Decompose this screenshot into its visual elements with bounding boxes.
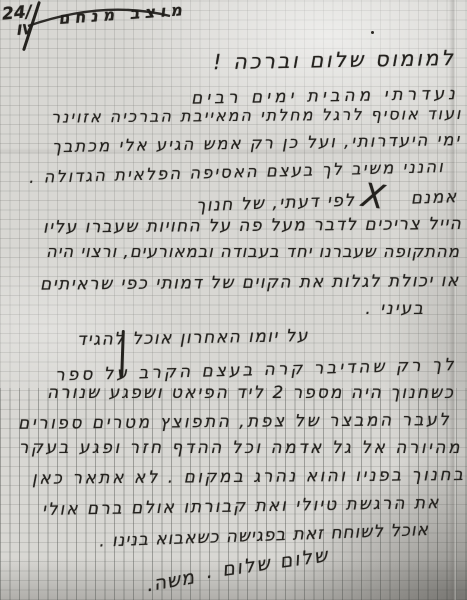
body-line: או יכולת לגלות את הקוים של דמותי כפי שרא… [40,271,460,295]
letter-scan: 24/ IV מוצב מנחם למומוס שלום וברכה ! נעד… [0,0,467,600]
body-line: לעבר המבצר של צפת, התפוצץ מטרים ספורים [18,410,451,434]
body-line: בעיני . [365,299,425,319]
body-line: מהתקופה שעברנו יחד בעבודה ובמאורעים, ורצ… [46,242,460,261]
flourish-stroke [22,4,172,32]
body-line: הייל צריכים לדבר מעל פה על החויות שעברו … [43,214,463,238]
body-line: ועוד אוסיף לרגל מחלתי המאייבת הברכיה אזו… [51,104,462,127]
greeting-line: למומוס שלום וברכה ! [212,46,455,74]
body-line: על יומו האחרון אוכל להגיד [77,326,309,350]
body-line: כשחנוך היה מספר 2 ליד הפיאט ושפגע שנורה [47,383,455,403]
ink-dot [371,31,374,34]
body-line: בחנוך בפניו והוא נהרג במקום . לא אתאר כא… [31,465,465,489]
body-line: מהיורה אל גל אדמה וכל ההדף חזר ופגע בעקר [19,438,462,458]
